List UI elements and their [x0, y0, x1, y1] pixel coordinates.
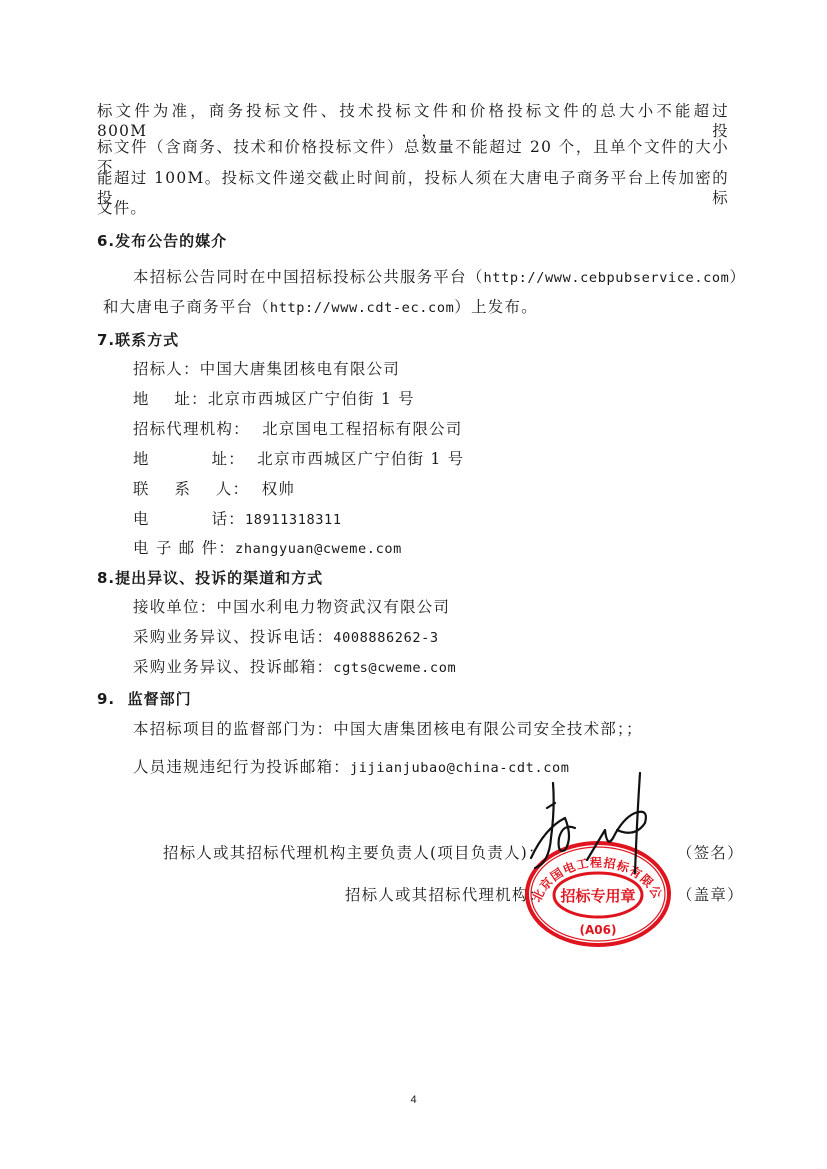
paragraph-line: 标文件为准，商务投标文件、技术投标文件和价格投标文件的总大小不能超过 800M，…	[97, 101, 729, 141]
label: 地 址：	[133, 450, 257, 468]
seal-suffix: （盖章）	[677, 883, 744, 905]
value: 北京市西城区广宁伯街 1 号	[257, 450, 464, 468]
section-heading-7: 7.联系方式	[97, 330, 179, 350]
page-number: 4	[0, 1094, 827, 1106]
value: 4008886262-3	[333, 630, 438, 646]
value: 中国大唐集团核电有限公司	[200, 360, 400, 378]
label: 采购业务异议、投诉邮箱：	[133, 658, 333, 676]
label: 联 系 人：	[133, 480, 262, 498]
value: 权帅	[262, 480, 295, 498]
contact-row-tenderer: 招标人：中国大唐集团核电有限公司	[133, 359, 400, 379]
seal-line-label: 招标人或其招标代理机构：	[345, 883, 545, 905]
contact-row-agency-address: 地 址： 北京市西城区广宁伯街 1 号	[133, 449, 464, 469]
contact-row-address: 地 址：北京市西城区广宁伯街 1 号	[133, 389, 415, 409]
value: 北京国电工程招标有限公司	[262, 420, 462, 438]
stamp-code: (A06)	[580, 923, 617, 937]
objection-row-phone: 采购业务异议、投诉电话：4008886262-3	[133, 627, 439, 648]
section-heading-8: 8.提出异议、投诉的渠道和方式	[97, 568, 323, 588]
text: 和大唐电子商务平台（	[103, 298, 270, 316]
text: 本招标公告同时在中国招标投标公共服务平台（	[133, 268, 484, 286]
objection-row-email: 采购业务异议、投诉邮箱：cgts@cweme.com	[133, 657, 456, 678]
value: 18911318311	[245, 512, 342, 528]
label: 招标代理机构：	[133, 420, 262, 438]
label: 招标人：	[133, 360, 200, 378]
section-heading-9: 9. 监督部门	[97, 689, 192, 709]
text: ）	[729, 268, 746, 286]
supervision-line: 本招标项目的监督部门为：中国大唐集团核电有限公司安全技术部；；	[133, 719, 643, 739]
label: 接收单位：	[133, 598, 216, 616]
handwritten-signature	[525, 768, 665, 878]
email-link[interactable]: cgts@cweme.com	[333, 660, 456, 676]
text: ）上发布。	[454, 298, 537, 316]
signature-suffix: （签名）	[677, 841, 744, 863]
value: 北京市西城区广宁伯街 1 号	[208, 390, 415, 408]
label: 人员违规违纪行为投诉邮箱：	[133, 758, 350, 776]
contact-row-phone: 电 话：18911318311	[133, 509, 342, 530]
cdt-ec-link[interactable]: http://www.cdt-ec.com	[270, 300, 454, 316]
paragraph-line: 文件。	[97, 198, 147, 218]
section-heading-6: 6.发布公告的媒介	[97, 231, 227, 251]
media-line-2: 和大唐电子商务平台（http://www.cdt-ec.com）上发布。	[103, 297, 538, 318]
email-link[interactable]: zhangyuan@cweme.com	[235, 541, 402, 557]
objection-row-receiver: 接收单位：中国水利电力物资武汉有限公司	[133, 597, 450, 617]
label: 电 子 邮 件：	[133, 539, 235, 557]
value: 中国水利电力物资武汉有限公司	[216, 598, 450, 616]
cebpubservice-link[interactable]: http://www.cebpubservice.com	[484, 270, 730, 286]
stamp-inner-text: 招标专用章	[559, 887, 635, 905]
complaint-email-line: 人员违规违纪行为投诉邮箱：jijianjubao@china-cdt.com	[133, 757, 570, 778]
label: 电 话：	[133, 510, 245, 528]
contact-row-person: 联 系 人： 权帅	[133, 479, 295, 499]
label: 采购业务异议、投诉电话：	[133, 628, 333, 646]
paragraph-line: 能超过 100M。投标文件递交截止时间前，投标人须在大唐电子商务平台上传加密的投…	[97, 168, 729, 208]
contact-row-agency: 招标代理机构： 北京国电工程招标有限公司	[133, 419, 463, 439]
media-line-1: 本招标公告同时在中国招标投标公共服务平台（http://www.cebpubse…	[133, 267, 746, 288]
contact-row-email: 电 子 邮 件：zhangyuan@cweme.com	[133, 538, 402, 559]
signature-line-label: 招标人或其招标代理机构主要负责人(项目负责人)：	[163, 841, 545, 863]
label: 地 址：	[133, 390, 208, 408]
